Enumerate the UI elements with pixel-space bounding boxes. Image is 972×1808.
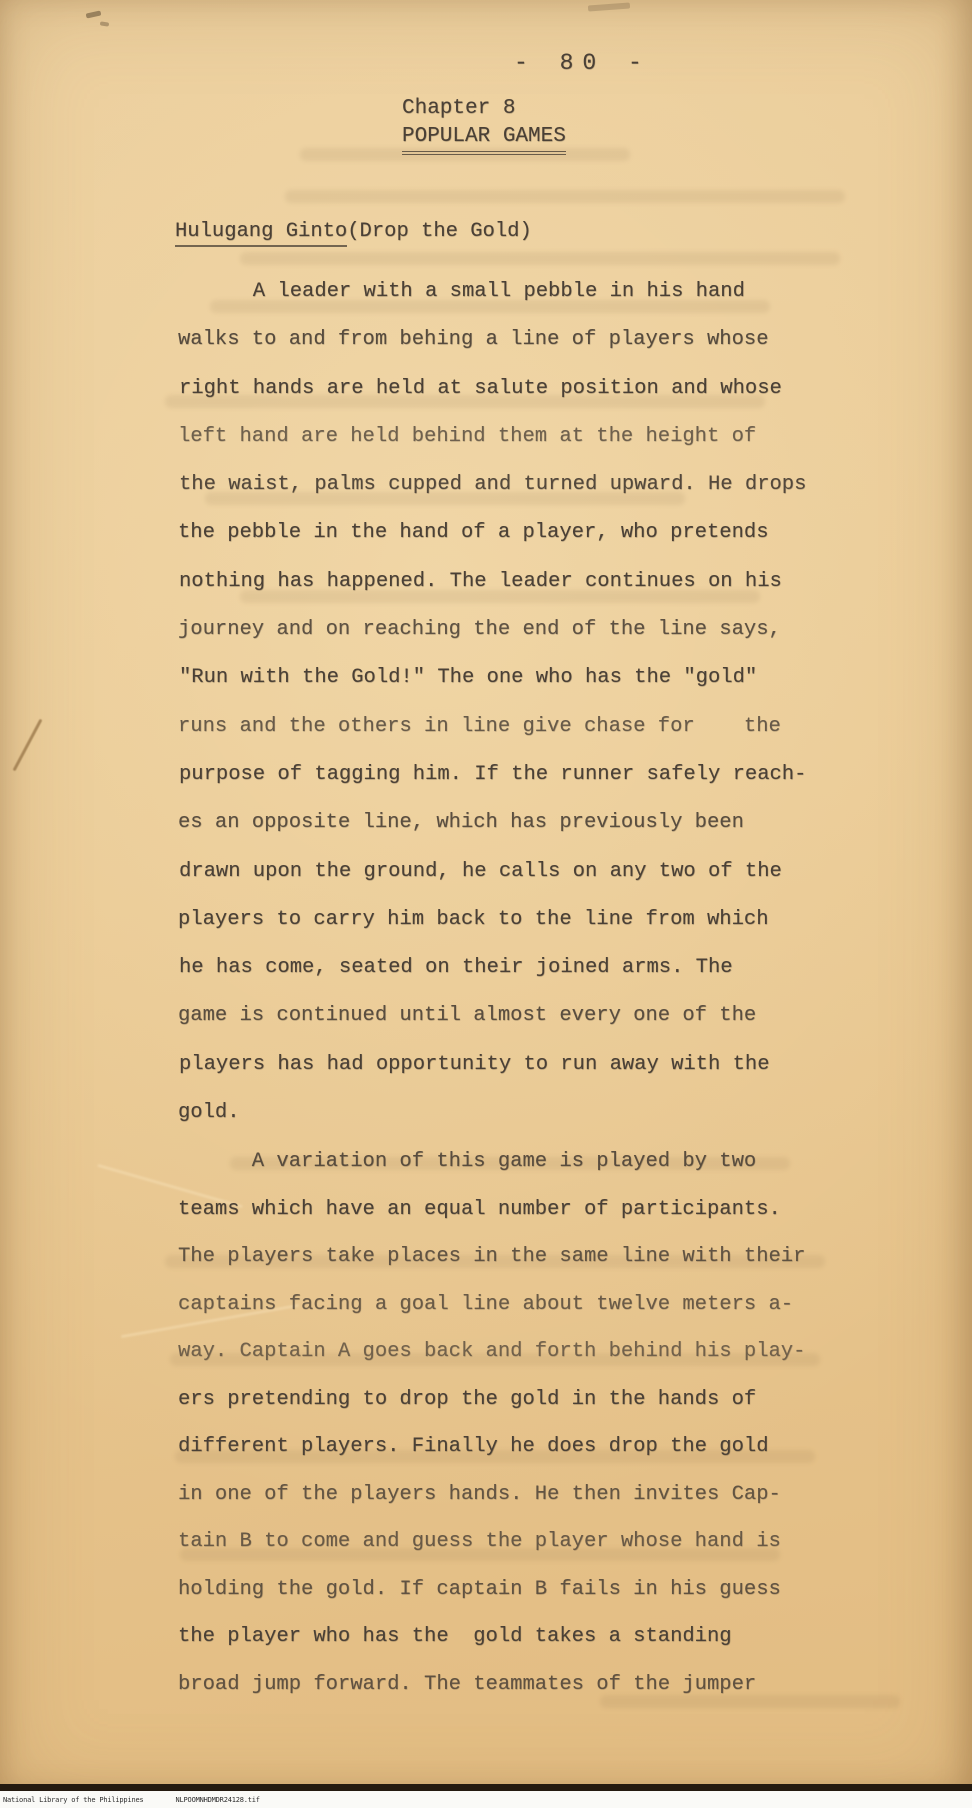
chapter-title: POPULAR GAMES xyxy=(402,124,566,155)
typed-line: The players take places in the same line… xyxy=(178,1233,805,1281)
scan-speck xyxy=(100,21,109,26)
typed-line: gold. xyxy=(178,1089,805,1137)
chapter-block: Chapter 8 POPULAR GAMES xyxy=(402,96,566,155)
paragraph-1: A leader with a small pebble in his hand… xyxy=(178,268,805,1137)
typed-line: players has had opportunity to run away … xyxy=(179,1041,806,1089)
bleed-through-smudge xyxy=(285,190,845,203)
typed-line: the waist, palms cupped and turned upwar… xyxy=(179,461,806,509)
typed-line: players to carry him back to the line fr… xyxy=(178,896,805,944)
typed-line: es an opposite line, which has previousl… xyxy=(178,799,805,847)
scan-speck xyxy=(588,3,630,12)
scan-filename: NLPOOMNHDMDR24128.tif xyxy=(176,1796,260,1804)
footer-separator-bar xyxy=(0,1784,972,1791)
typed-line: drawn upon the ground, he calls on any t… xyxy=(179,848,806,896)
typed-line: left hand are held behind them at the he… xyxy=(178,413,805,461)
bleed-through-smudge xyxy=(240,252,840,265)
typed-line: A variation of this game is played by tw… xyxy=(178,1138,805,1186)
typed-line: journey and on reaching the end of the l… xyxy=(178,606,805,654)
typed-line: the player who has the gold takes a stan… xyxy=(178,1613,805,1661)
typed-line: in one of the players hands. He then inv… xyxy=(178,1471,805,1519)
typed-line: holding the gold. If captain B fails in … xyxy=(178,1566,805,1614)
typed-line: ers pretending to drop the gold in the h… xyxy=(178,1376,805,1424)
section-heading-native-title: Hulugang Ginto xyxy=(175,220,347,247)
typed-line: game is continued until almost every one… xyxy=(178,992,805,1040)
scan-speck xyxy=(86,10,102,18)
typed-line: tain B to come and guess the player whos… xyxy=(178,1518,805,1566)
scanned-page: - 80 - Chapter 8 POPULAR GAMES Hulugang … xyxy=(0,0,972,1808)
typed-line: nothing has happened. The leader continu… xyxy=(179,558,806,606)
typed-line: he has come, seated on their joined arms… xyxy=(179,944,806,992)
typed-line: walks to and from behing a line of playe… xyxy=(178,316,805,364)
library-name: National Library of the Philippines xyxy=(3,1796,144,1804)
typed-line: captains facing a goal line about twelve… xyxy=(178,1281,805,1329)
typed-line: right hands are held at salute position … xyxy=(179,365,806,413)
chapter-label: Chapter 8 xyxy=(402,96,566,122)
typed-line: broad jump forward. The teammates of the… xyxy=(178,1661,805,1709)
typed-line: A leader with a small pebble in his hand xyxy=(179,268,806,316)
pen-slash-mark xyxy=(13,719,43,772)
section-heading: Hulugang Ginto(Drop the Gold) xyxy=(175,220,532,243)
page-number: - 80 - xyxy=(514,50,651,76)
paragraph-2: A variation of this game is played by tw… xyxy=(178,1138,805,1708)
typed-line: way. Captain A goes back and forth behin… xyxy=(178,1328,805,1376)
typed-line: runs and the others in line give chase f… xyxy=(178,703,805,751)
section-heading-translation: (Drop the Gold) xyxy=(347,220,532,243)
typed-line: teams which have an equal number of part… xyxy=(178,1186,805,1234)
typed-line: "Run with the Gold!" The one who has the… xyxy=(179,654,806,702)
typed-line: the pebble in the hand of a player, who … xyxy=(178,509,805,557)
typed-line: different players. Finally he does drop … xyxy=(178,1423,805,1471)
digitization-footer: National Library of the Philippines NLPO… xyxy=(0,1791,972,1808)
typed-line: purpose of tagging him. If the runner sa… xyxy=(179,751,806,799)
